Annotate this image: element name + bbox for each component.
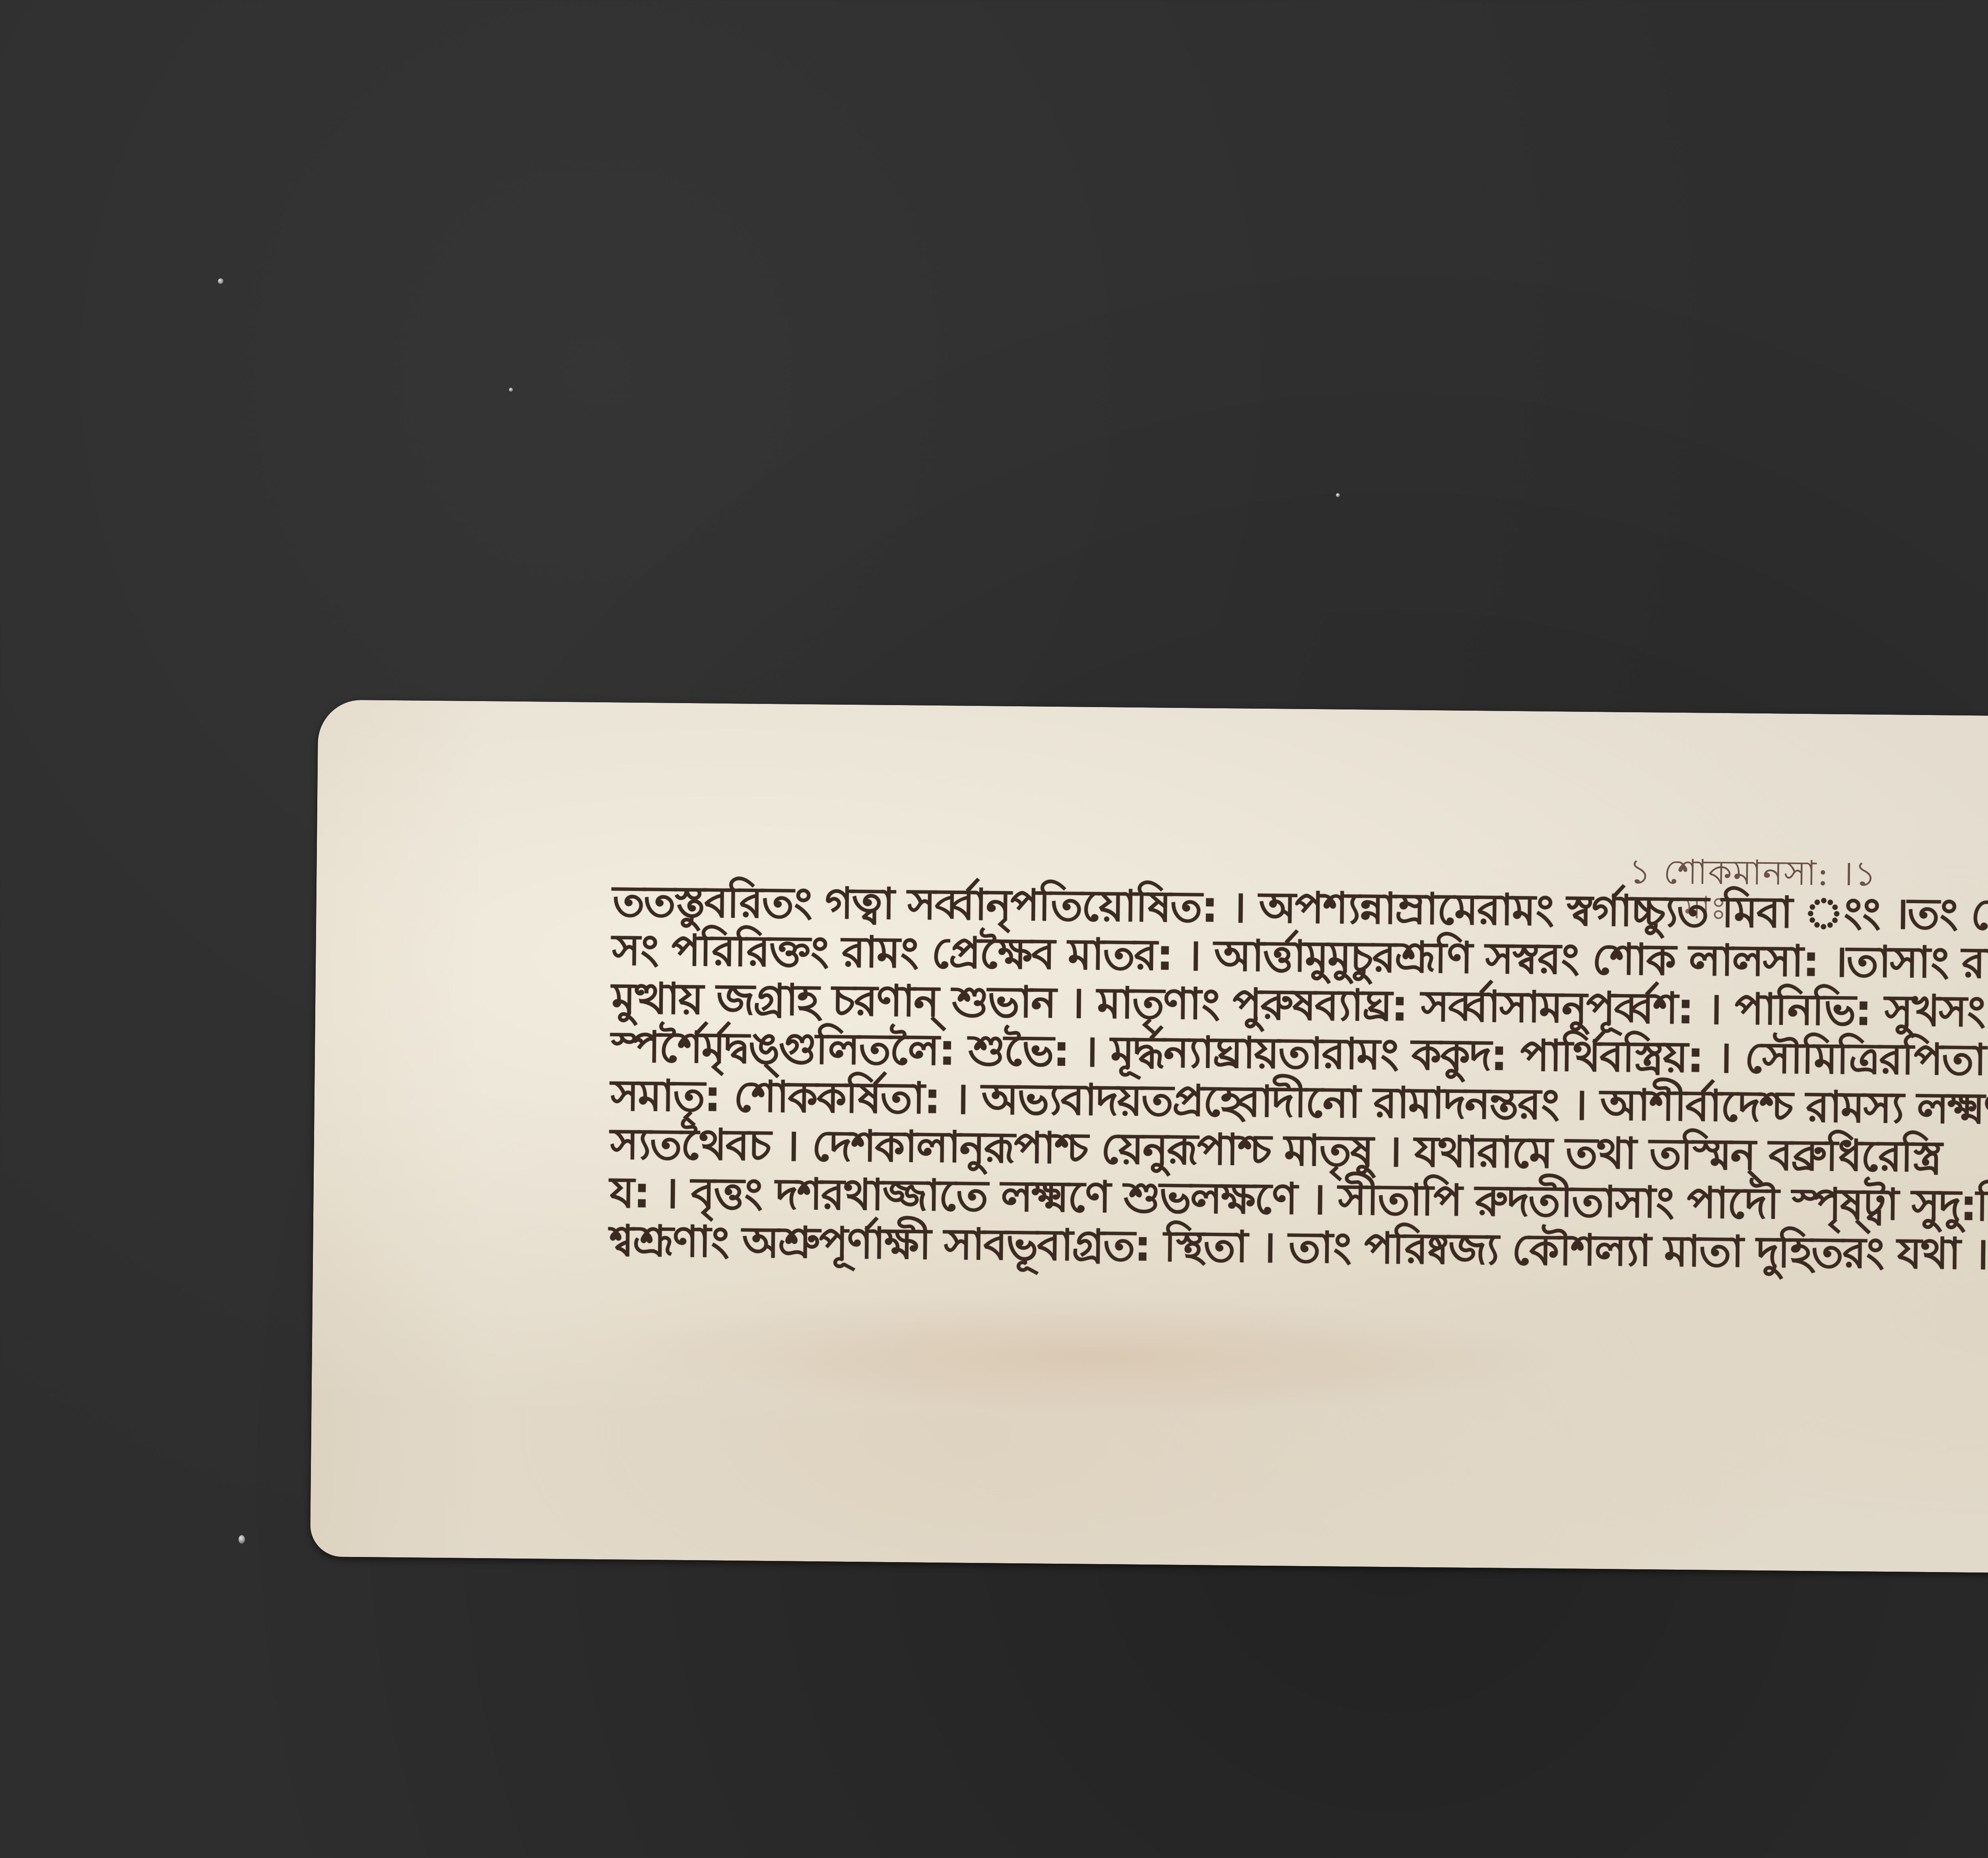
dust-speck	[239, 1535, 245, 1544]
dust-speck	[218, 278, 223, 284]
manuscript-folio: ১ শোকমানসা: ।১ মাঃ ততস্তুবরিতং গত্বা সর্…	[310, 700, 1988, 1577]
dust-speck	[1336, 493, 1340, 497]
dust-speck	[509, 388, 513, 392]
water-stain	[613, 1291, 1569, 1419]
manuscript-text: ততস্তুবরিতং গত্বা সর্ব্বানৃপতিয়োষিত: । …	[609, 877, 1988, 1281]
